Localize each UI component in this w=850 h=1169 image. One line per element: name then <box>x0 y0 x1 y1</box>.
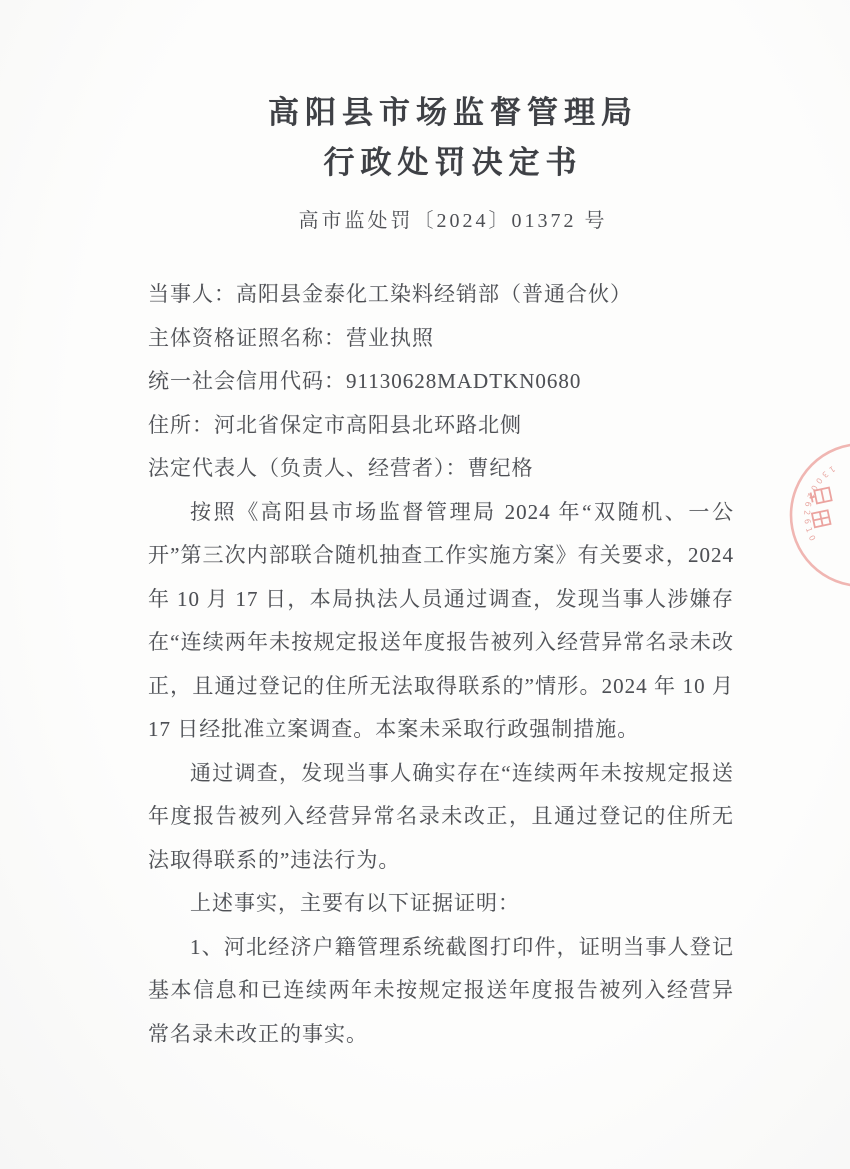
document-number: 高市监处罚〔2024〕01372 号 <box>56 204 850 233</box>
field-line: 统一社会信用代码：91130628MADTKN0680 <box>148 360 734 404</box>
scanned-document-page: 高阳县市场监督管理局 行政处罚决定书 高市监处罚〔2024〕01372 号 当事… <box>0 0 850 1169</box>
document-title-line2: 行政处罚决定书 <box>56 138 850 188</box>
document-body: 当事人：高阳县金泰化工染料经销部（普通合伙）主体资格证照名称：营业执照统一社会信… <box>148 273 734 1056</box>
field-line: 当事人：高阳县金泰化工染料经销部（普通合伙） <box>148 273 734 317</box>
field-line: 住所：河北省保定市高阳县北环路北侧 <box>148 404 734 448</box>
party-info-fields: 当事人：高阳县金泰化工染料经销部（普通合伙）主体资格证照名称：营业执照统一社会信… <box>148 273 734 491</box>
paragraph: 上述事实，主要有以下证据证明： <box>148 882 734 926</box>
official-seal-partial-icon: 1300262610 <box>786 432 850 600</box>
body-paragraphs: 按照《高阳县市场监督管理局 2024 年“双随机、一公开”第三次内部联合随机抽查… <box>148 491 734 1057</box>
paragraph: 通过调查，发现当事人确实存在“连续两年未按规定报送年度报告被列入经营异常名录未改… <box>148 752 734 883</box>
field-line: 法定代表人（负责人、经营者）：曹纪格 <box>148 447 734 491</box>
document-header: 高阳县市场监督管理局 行政处罚决定书 高市监处罚〔2024〕01372 号 <box>0 0 850 233</box>
document-title-line1: 高阳县市场监督管理局 <box>56 88 850 138</box>
paragraph: 按照《高阳县市场监督管理局 2024 年“双随机、一公开”第三次内部联合随机抽查… <box>148 491 734 752</box>
field-line: 主体资格证照名称：营业执照 <box>148 317 734 361</box>
svg-text:1300262610: 1300262610 <box>802 464 836 546</box>
paragraph: 1、河北经济户籍管理系统截图打印件，证明当事人登记基本信息和已连续两年未按规定报… <box>148 926 734 1057</box>
